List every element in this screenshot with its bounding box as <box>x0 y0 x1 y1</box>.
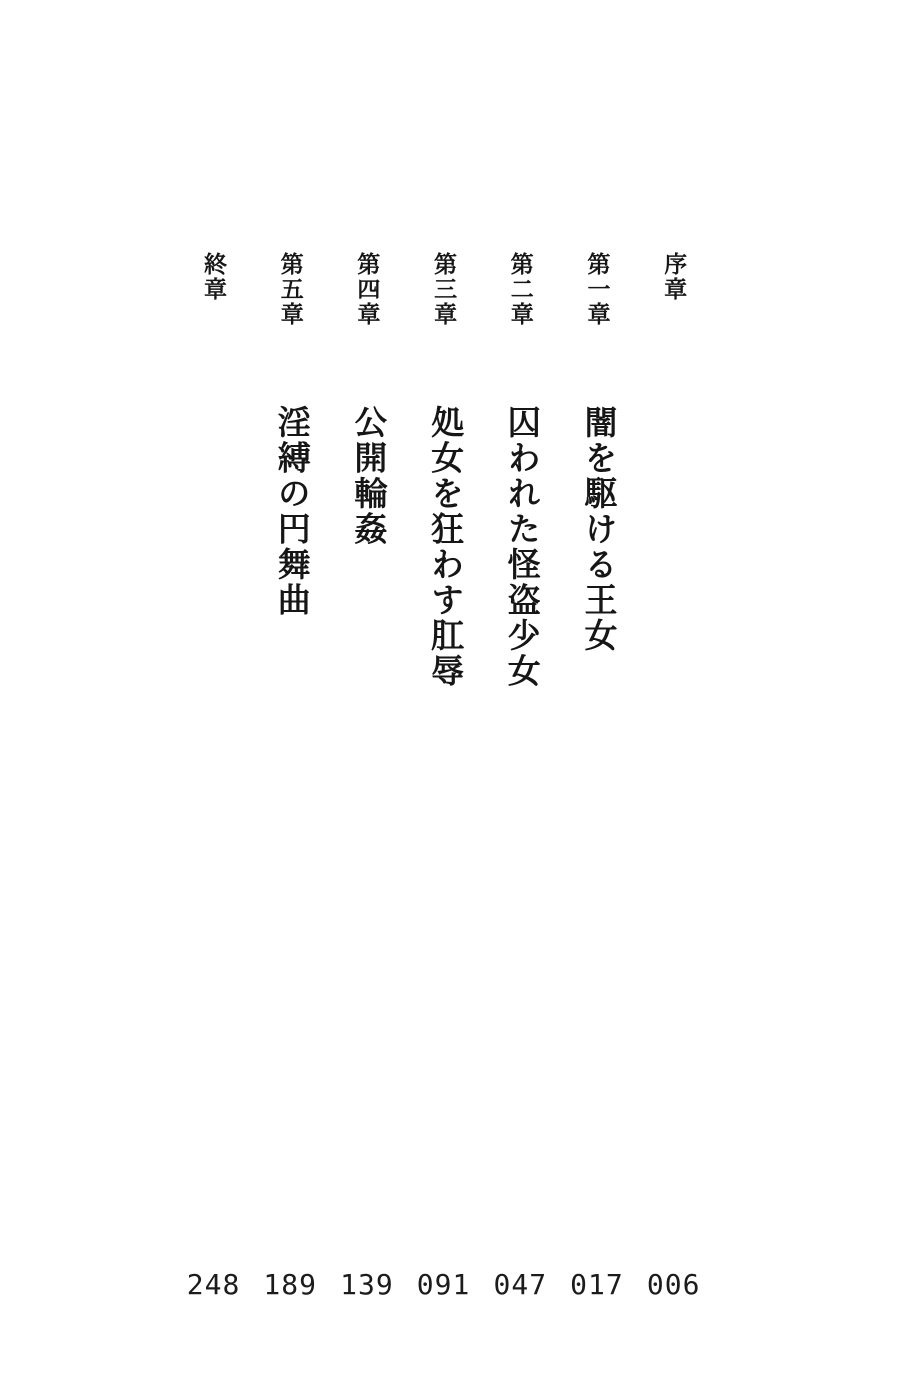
chapter-heading: 第二章 <box>509 252 532 405</box>
chapter-title: 淫縛の円舞曲 <box>274 405 307 618</box>
page-number-row: 006 017 047 091 139 189 248 <box>175 1270 712 1301</box>
page-number-epilogue: 248 <box>175 1270 252 1301</box>
chapter-title: 囚われた怪盗少女 <box>504 405 537 689</box>
toc-entry-epilogue: 終章 <box>175 252 252 722</box>
scanned-page: 序章 第一章 闇を駆ける王女 第二章 囚われた怪盗少女 第三章 処女を狂わす肛辱… <box>0 0 899 1400</box>
toc-entry-chapter-5: 第五章 淫縛の円舞曲 <box>252 252 329 722</box>
chapter-title: 公開輪姦 <box>350 405 383 547</box>
page-number-chapter-4: 139 <box>329 1270 406 1301</box>
chapter-heading: 終章 <box>202 252 225 405</box>
toc-entry-chapter-4: 第四章 公開輪姦 <box>329 252 406 722</box>
page-number-chapter-2: 047 <box>482 1270 559 1301</box>
chapter-heading: 第四章 <box>355 252 378 405</box>
toc-entry-chapter-1: 第一章 闇を駆ける王女 <box>559 252 636 722</box>
toc-entry-chapter-3: 第三章 処女を狂わす肛辱 <box>405 252 482 722</box>
page-number-prologue: 006 <box>635 1270 712 1301</box>
chapter-title: 闇を駆ける王女 <box>580 405 613 654</box>
toc-entry-prologue: 序章 <box>635 252 712 722</box>
toc-column-list: 序章 第一章 闇を駆ける王女 第二章 囚われた怪盗少女 第三章 処女を狂わす肛辱… <box>175 252 712 722</box>
chapter-heading: 第三章 <box>432 252 455 405</box>
chapter-title: 処女を狂わす肛辱 <box>427 405 460 689</box>
chapter-heading: 序章 <box>662 252 685 405</box>
chapter-heading: 第五章 <box>279 252 302 405</box>
chapter-heading: 第一章 <box>585 252 608 405</box>
toc-entry-chapter-2: 第二章 囚われた怪盗少女 <box>482 252 559 722</box>
page-number-chapter-5: 189 <box>252 1270 329 1301</box>
page-number-chapter-1: 017 <box>559 1270 636 1301</box>
page-number-chapter-3: 091 <box>405 1270 482 1301</box>
